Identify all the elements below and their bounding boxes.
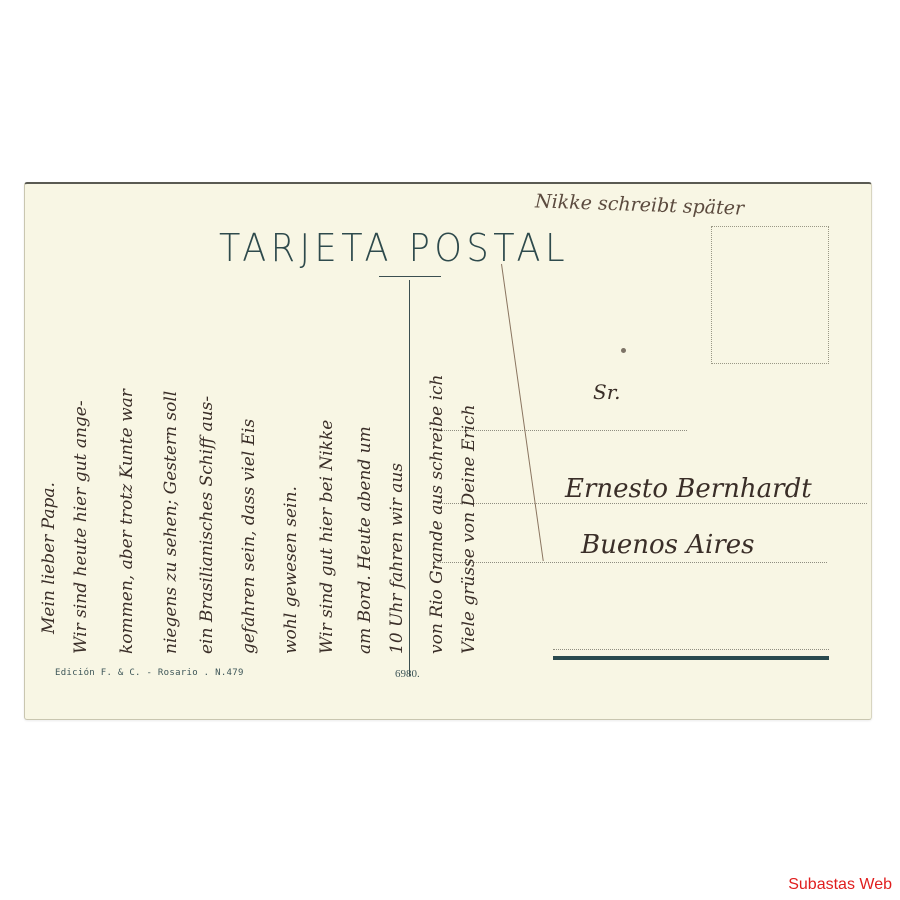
serial-number: 6980.: [395, 668, 420, 680]
postcard-title: TARJETA POSTAL: [219, 226, 569, 270]
divider-top: [379, 276, 441, 277]
message-line: von Rio Grande aus schreibe ich: [427, 375, 447, 655]
message-line: am Bord. Heute abend um: [355, 426, 375, 654]
message-line: Wir sind gut hier bei Nikke: [317, 420, 337, 654]
message-line: Wir sind heute hier gut ange-: [71, 400, 91, 654]
watermark: Subastas Web: [788, 876, 892, 894]
pen-stroke: [501, 264, 544, 561]
message-line: Viele grüsse von Deine Erich: [459, 405, 479, 654]
message-line: kommen, aber trotz Kunte war: [117, 389, 137, 654]
message-line: niegens zu sehen; Gestern soll: [161, 391, 181, 654]
ink-spot: [621, 348, 626, 353]
address-city: Buenos Aires: [581, 530, 755, 560]
message-line: ein Brasilianisches Schiff aus-: [197, 396, 217, 654]
message-line: Mein lieber Papa.: [39, 482, 59, 634]
message-line: gefahren sein, dass viel Eis: [239, 419, 259, 654]
publisher-imprint: Edición F. & C. - Rosario . N.479: [55, 668, 244, 678]
address-salutation: Sr.: [593, 380, 620, 404]
address-line-3: [437, 562, 827, 563]
message-line: wohl gewesen sein.: [281, 486, 301, 654]
address-name: Ernesto Bernhardt: [565, 474, 812, 504]
divider-vertical: [409, 280, 410, 676]
address-bar: [553, 656, 829, 660]
message-line: 10 Uhr fahren wir aus: [387, 463, 407, 654]
top-note: Nikke schreibt später: [535, 190, 745, 219]
address-line-4: [553, 649, 829, 650]
postcard: TARJETA POSTAL Edición F. & C. - Rosario…: [24, 182, 872, 720]
stamp-box: [711, 226, 829, 364]
